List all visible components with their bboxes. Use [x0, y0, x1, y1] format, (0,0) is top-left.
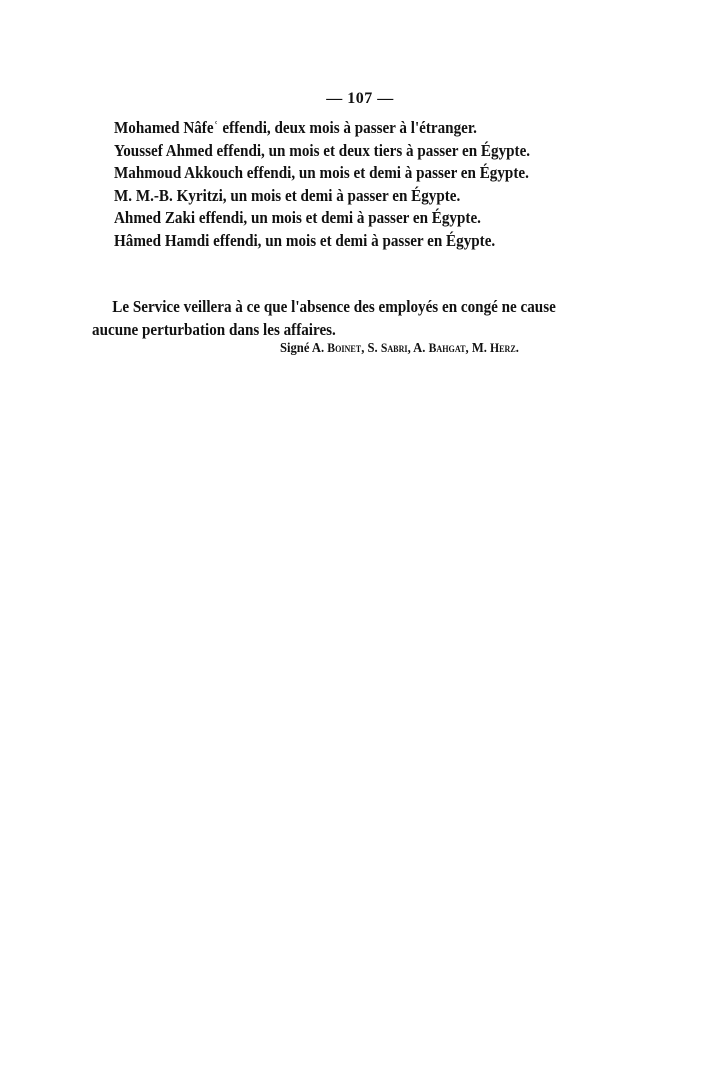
document-page: — 107 — Mohamed Nâfeʿ effendi, deux mois…: [0, 0, 720, 1082]
body-paragraph: Le Service veillera à ce que l'absence d…: [92, 295, 638, 341]
signatory-name: Herz: [490, 340, 516, 355]
signatory-name: Boinet: [327, 340, 361, 355]
signatory-initial: M.: [472, 341, 490, 356]
paragraph-line: Le Service veillera à ce que l'absence d…: [92, 295, 638, 318]
list-item: M. M.-B. Kyritzi, un mois et demi à pass…: [114, 185, 642, 208]
signatory-initial: A.: [413, 341, 428, 356]
signatory-initial: A.: [312, 341, 327, 356]
leave-list: Mohamed Nâfeʿ effendi, deux mois à passe…: [114, 117, 642, 252]
page-number: — 107 —: [0, 90, 720, 108]
signatory: A. Bahgat: [413, 341, 465, 356]
list-item: Mahmoud Akkouch effendi, un mois et demi…: [114, 162, 642, 185]
signature-end: .: [516, 341, 519, 356]
list-item: Youssef Ahmed effendi, un mois et deux t…: [114, 140, 642, 163]
signatory: M. Herz: [472, 341, 516, 356]
signatory-name: Bahgat: [429, 340, 466, 355]
signature-line: Signé A. Boinet, S. Sabri, A. Bahgat, M.…: [280, 339, 519, 358]
list-item: Mohamed Nâfeʿ effendi, deux mois à passe…: [114, 117, 642, 140]
list-item: Hâmed Hamdi effendi, un mois et demi à p…: [114, 230, 642, 253]
signatory: S. Sabri: [367, 341, 407, 356]
signature-prefix: Signé: [280, 341, 312, 356]
signatory-initial: S.: [367, 341, 380, 356]
signatory: A. Boinet: [312, 341, 361, 356]
list-item: Ahmed Zaki effendi, un mois et demi à pa…: [114, 207, 642, 230]
paragraph-line: aucune perturbation dans les affaires.: [92, 318, 638, 341]
signatory-name: Sabri: [381, 340, 408, 355]
